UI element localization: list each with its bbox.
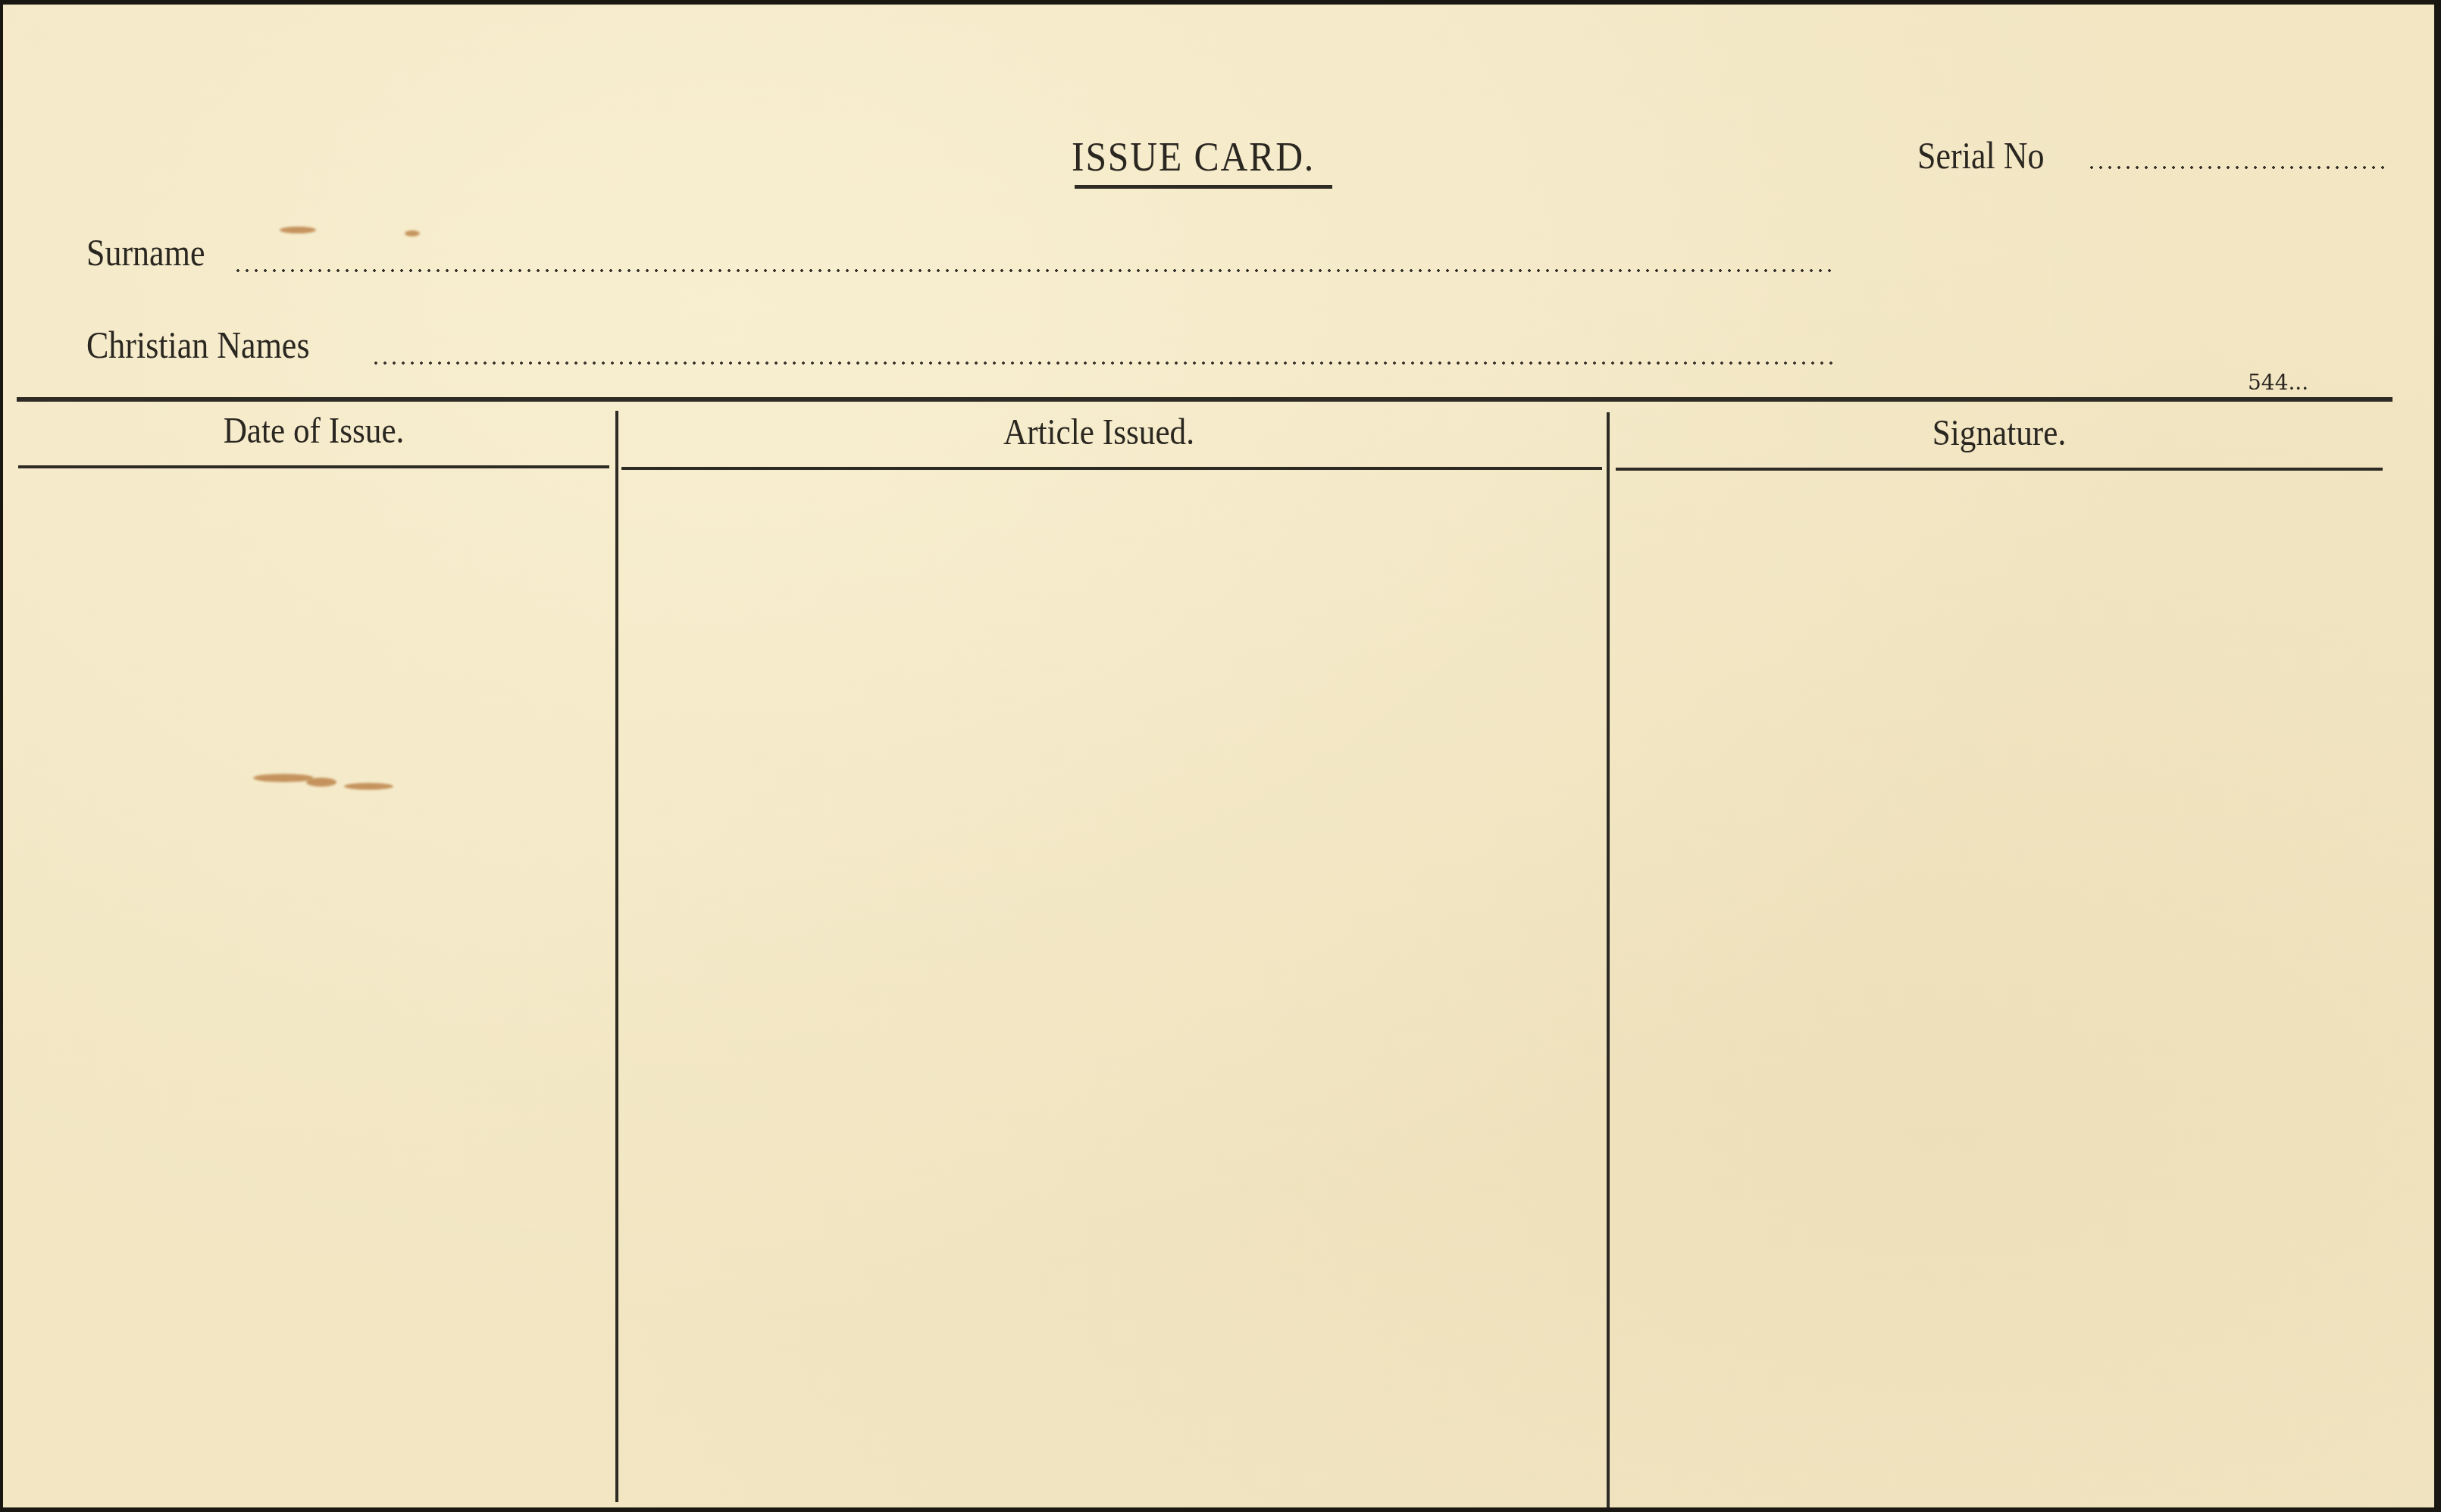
stain-mark [280, 227, 316, 233]
column-divider-2 [1607, 412, 1610, 1507]
column-header-signature: Signature. [1654, 412, 2345, 454]
column-header-article-issued: Article Issued. [669, 412, 1529, 453]
christian-names-label: Christian Names [86, 323, 310, 367]
form-number: 544... [2248, 370, 2308, 395]
title-underline [1075, 185, 1332, 189]
stain-mark [306, 778, 336, 787]
surname-field[interactable] [233, 268, 1832, 273]
serial-label: Serial No [1917, 133, 2044, 177]
header-separator [17, 397, 2392, 402]
christian-names-field[interactable] [371, 361, 1832, 365]
stain-mark [253, 774, 314, 782]
serial-number-field[interactable] [2087, 165, 2390, 170]
surname-label: Surname [86, 230, 205, 274]
article-issued-column[interactable] [621, 474, 1602, 1498]
column-header-date-of-issue: Date of Issue. [48, 410, 580, 452]
date-of-issue-column[interactable] [18, 474, 609, 1498]
page-title: ISSUE CARD. [1072, 133, 1315, 180]
stain-mark [405, 230, 420, 236]
column-divider-1 [615, 411, 618, 1502]
signature-column[interactable] [1616, 474, 2383, 1498]
stain-mark [344, 783, 393, 790]
col3-header-rule [1616, 468, 2383, 471]
issue-card: ISSUE CARD. Serial No Surname Christian … [3, 5, 2434, 1507]
col2-header-rule [621, 467, 1602, 470]
col1-header-rule [18, 465, 609, 468]
